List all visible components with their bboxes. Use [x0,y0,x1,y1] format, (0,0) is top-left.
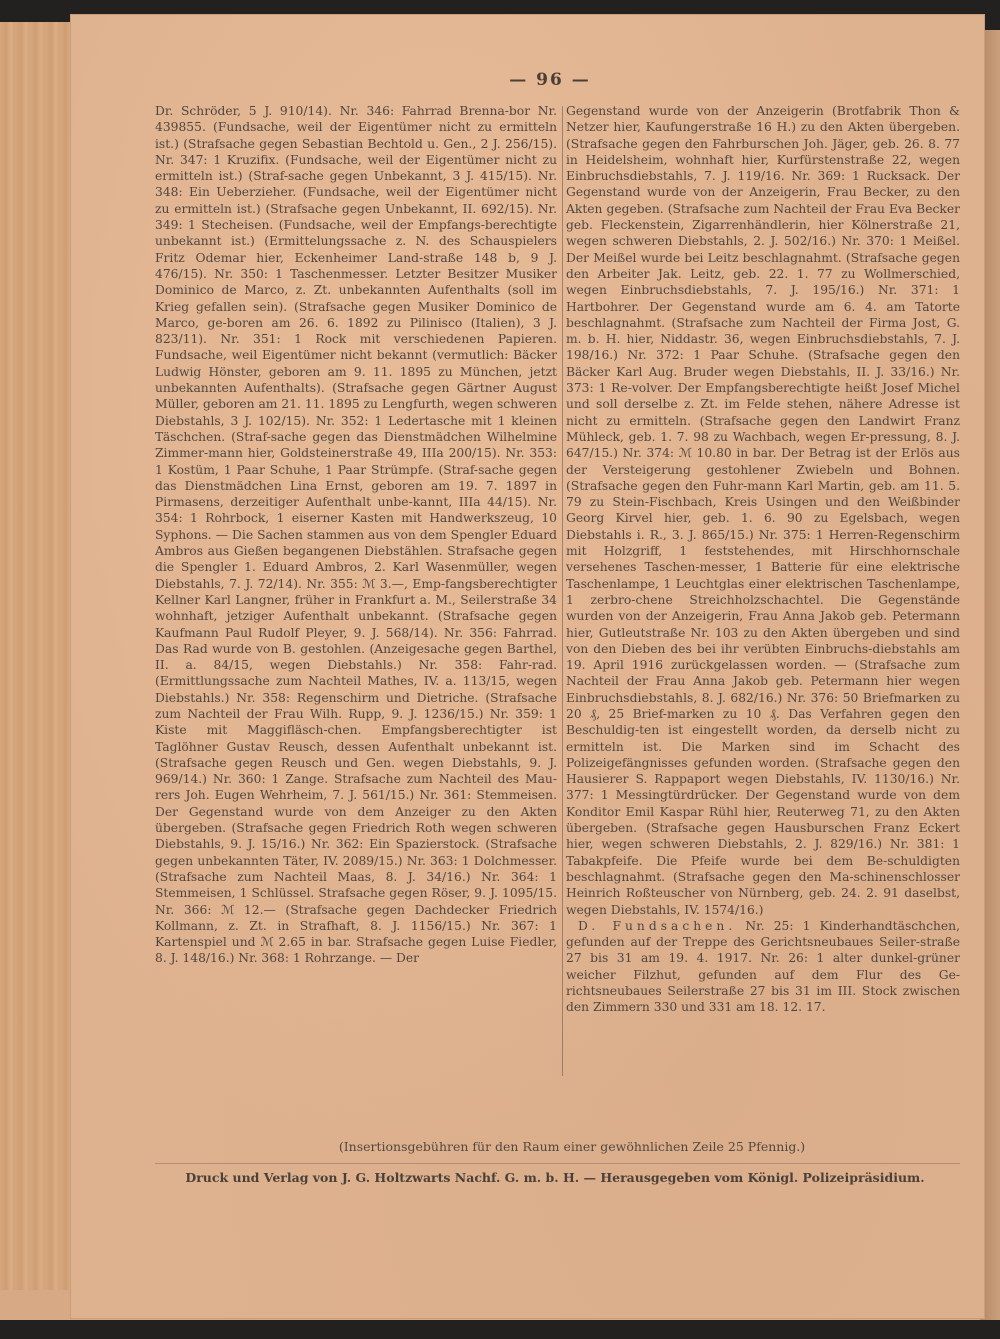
section-d-paragraph: D. Fundsachen. Nr. 25: 1 Kinderhandtäsch… [566,918,960,1016]
right-column: Gegenstand wurde von der Anzeigerin (Bro… [566,103,960,1016]
page-number: — 96 — [500,70,600,90]
publisher-imprint: Druck und Verlag von J. G. Holtzwarts Na… [150,1170,960,1185]
right-column-text: Gegenstand wurde von der Anzeigerin (Bro… [566,103,960,918]
left-column: Dr. Schröder, 5 J. 910/14). Nr. 346: Fah… [155,103,557,967]
section-d-label: D. Fundsachen. [578,919,736,933]
section-d-text: Nr. 25: 1 Kinderhandtäschchen, gefunden … [566,919,960,1014]
footer-rule [155,1163,960,1164]
column-divider [562,106,563,1076]
left-column-text: Dr. Schröder, 5 J. 910/14). Nr. 346: Fah… [155,103,557,967]
insertion-fee-note: (Insertionsgebühren für den Raum einer g… [262,1139,882,1154]
book-page-stack-edge [0,22,80,1312]
